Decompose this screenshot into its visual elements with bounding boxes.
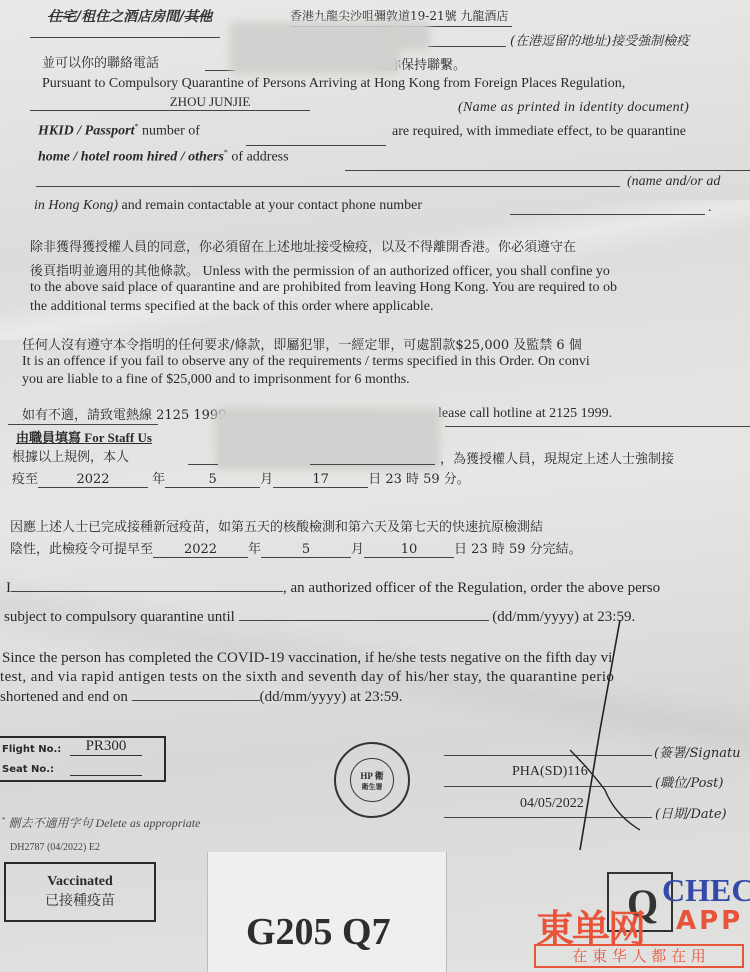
residence-type-zh: 住宅/租住之酒店房間/其他 (48, 6, 212, 26)
subject-row: subject to compulsory quarantine until (… (4, 609, 635, 626)
stamp-inner-ring: HP 衛 衛生署 (350, 758, 393, 801)
period: . (708, 200, 712, 216)
hotline-zh: 如有不適，請致電熱線 2125 1999 (22, 404, 226, 423)
blank-line (428, 46, 506, 47)
authority-suffix-zh: ，為獲授權人員，現規定上述人士強制接 (440, 448, 674, 467)
name-hint: (Name as printed in identity document) (458, 100, 689, 116)
hotline-en: lease call hotline at 2125 1999. (438, 406, 612, 422)
watermark-slogan: 在 東 华 人 都 在 用 (534, 944, 744, 968)
since-line2: test, and via rapid antigen tests on the… (0, 669, 614, 686)
terms-zh-line1: 除非獲得獲授權人員的同意，你必須留在上述地址接受檢疫，以及不得離開香港。你必須遵… (30, 236, 576, 255)
officer-suffix: , an authorized officer of the Regulatio… (283, 580, 660, 596)
terms-zh-line2: 後頁指明並適用的其他條款。 (30, 264, 199, 279)
divider (445, 426, 750, 427)
redacted-phone (230, 22, 400, 74)
staff-heading: 由職員填寫 For Staff Us (16, 427, 152, 446)
offence-en-line1: It is an offence if you fail to observe … (22, 354, 590, 370)
day-time-zh: 日 23 時 59 分。 (368, 472, 470, 487)
since-line3-suffix: (dd/mm/yyyy) at 23:59. (260, 689, 403, 705)
vaccination-line1-zh: 因應上述人士已完成接種新冠疫苗，如第五天的核酸檢測和第六天及第七天的快速抗原檢測… (10, 516, 543, 535)
i-label: I (6, 580, 11, 596)
month-zh: 月 (260, 472, 273, 487)
since-line3: shortened and end on (dd/mm/yyyy) at 23:… (0, 689, 403, 706)
divider (8, 424, 158, 425)
early-year-value: 2022 (153, 542, 248, 558)
delete-note: * 刪去不適用字句 Delete as appropriate (2, 814, 200, 831)
terms-line2: 後頁指明並適用的其他條款。 Unless with the permission… (30, 260, 610, 280)
hkid-label: HKID / Passport (38, 124, 134, 139)
early-release-row: 陰性，此檢疫令可提早至2022年5月10日 23 時 59 分完結。 (10, 538, 582, 558)
vaccinated-en: Vaccinated (6, 874, 154, 890)
seat-label: Seat No.: (2, 764, 54, 775)
redacted-officer-name (215, 408, 440, 470)
address-suffix-zh: (在港逗留的地址)接受強制檢疫 (510, 30, 689, 49)
home-label: home / hotel room hired / others (38, 150, 224, 165)
year-zh: 年 (248, 542, 261, 557)
home-suffix: of address (228, 150, 289, 165)
early-suffix-zh: 日 23 時 59 分完結。 (454, 542, 582, 557)
staff-heading-en: For Staff Us (84, 430, 152, 445)
early-day-value: 10 (364, 542, 454, 558)
quarantine-until-row: 疫至2022 年5月17日 23 時 59 分。 (12, 468, 470, 488)
department-of-health-stamp: HP 衛 衛生署 (334, 742, 410, 818)
contact-row: in Hong Kong) and remain contactable at … (34, 198, 422, 214)
quarantine-year-value: 2022 (38, 472, 148, 488)
stamp-logo-text: HP 衛 (360, 769, 383, 782)
quarantine-month-value: 5 (165, 472, 260, 488)
seat-number-value (70, 762, 142, 776)
quarantine-day-value: 17 (273, 472, 368, 488)
contactable-text: and remain contactable at your contact p… (118, 198, 422, 213)
address-field-line-2 (36, 186, 620, 187)
hkid-row: HKID / Passport* number of (38, 122, 200, 140)
passport-number-field (246, 145, 386, 146)
staff-heading-zh: 由職員填寫 (16, 431, 81, 446)
offence-en-line2: you are liable to a fine of $25,000 and … (22, 372, 410, 388)
delete-note-zh: 刪去不適用字句 (9, 816, 93, 830)
since-line1: Since the person has completed the COVID… (2, 650, 612, 667)
early-month-value: 5 (261, 542, 351, 558)
check-label: CHEC (662, 872, 750, 909)
contact-phone-field (510, 214, 705, 215)
room-label: G205 Q7 (246, 910, 391, 954)
year-zh: 年 (152, 472, 165, 487)
authority-prefix-zh: 根據以上規例，本人 (12, 446, 129, 465)
hkid-mid: number of (138, 124, 199, 139)
officer-row: I, an authorized officer of the Regulati… (6, 580, 660, 597)
vaccinated-zh: 已接種疫苗 (6, 890, 154, 910)
offence-zh: 任何人沒有遵守本令指明的任何要求/條款，即屬犯罪，一經定罪，可處罰款$25,00… (22, 334, 582, 353)
blank-line (188, 464, 218, 465)
terms-en-line2: Unless with the permission of an authori… (203, 264, 610, 279)
in-hk-label: in Hong Kong) (34, 198, 118, 213)
flight-number-value: PR300 (70, 738, 142, 756)
struck-others-zh: 其他 (184, 9, 212, 25)
quarantine-prefix-zh: 疫至 (12, 472, 38, 487)
month-zh: 月 (351, 542, 364, 557)
name-addr-hint: (name and/or ad (627, 174, 720, 190)
phone-prefix-zh: 並可以你的聯絡電話 (42, 52, 159, 71)
delete-note-en: Delete as appropriate (96, 816, 201, 830)
handwritten-signature (560, 620, 670, 880)
room-label-sheet: G205 Q7 (207, 852, 447, 972)
hotel-room-zh: /租住之酒店房間/ (76, 9, 184, 25)
subject-prefix: subject to compulsory quarantine until (4, 609, 235, 625)
terms-en-line3: to the above said place of quarantine an… (30, 280, 617, 296)
redacted-region (390, 22, 430, 50)
form-code: DH2787 (04/2022) E2 (10, 842, 100, 853)
since-line3-prefix: shortened and end on (0, 689, 128, 705)
flight-box: Flight No.: PR300 Seat No.: (0, 736, 166, 782)
flight-label: Flight No.: (2, 744, 61, 755)
terms-en-line4: the additional terms specified at the ba… (30, 299, 434, 315)
person-name-value: ZHOU JUNJIE (30, 94, 310, 111)
vacc-prefix-zh: 陰性，此檢疫令可提早至 (10, 542, 153, 557)
home-row: home / hotel room hired / others* of add… (38, 148, 289, 166)
struck-home-zh: 住宅 (48, 9, 76, 25)
hkid-suffix: are required, with immediate effect, to … (392, 124, 686, 140)
watermark-app: APP (676, 906, 743, 936)
address-field-line (345, 170, 750, 171)
vaccinated-box: Vaccinated 已接種疫苗 (4, 862, 156, 922)
blank-line (310, 464, 435, 465)
pursuant-text: Pursuant to Compulsory Quarantine of Per… (42, 76, 625, 92)
blank-line (30, 37, 220, 38)
stamp-zh-text: 衛生署 (362, 782, 383, 792)
